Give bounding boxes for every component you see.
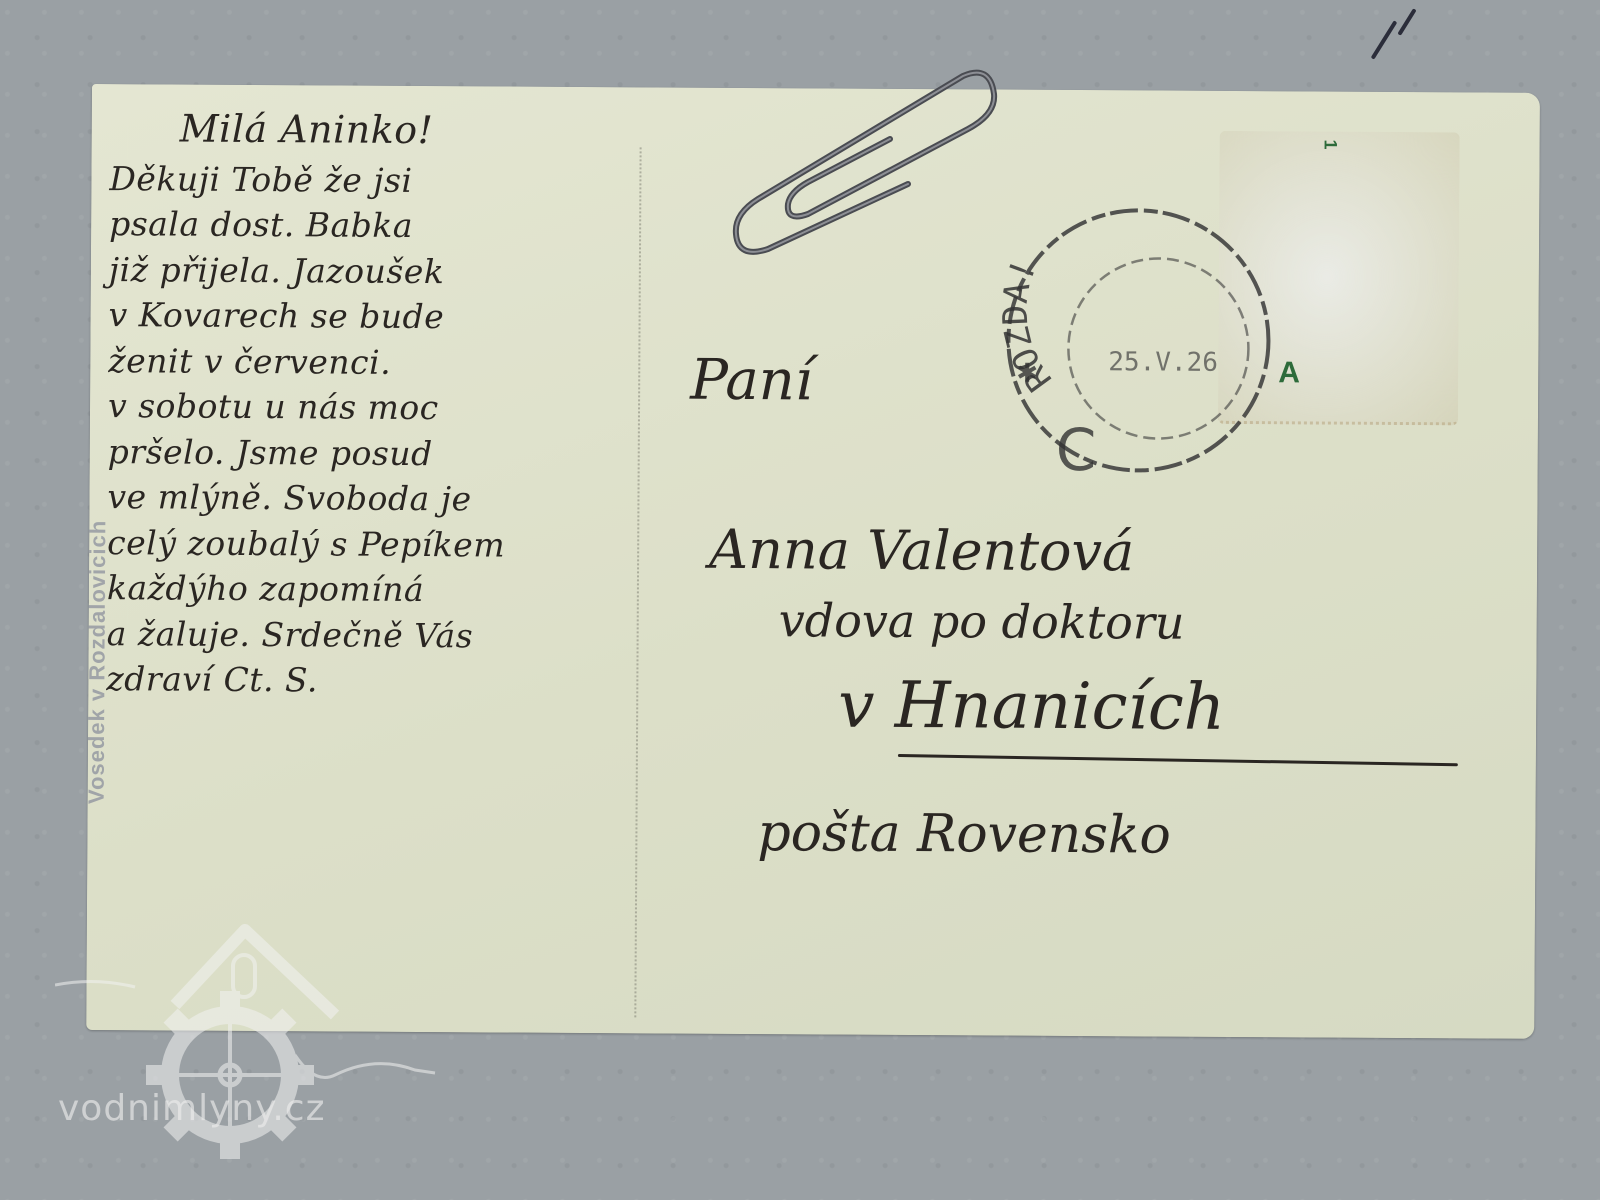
message-line: ve mlýně. Svoboda je (107, 474, 667, 523)
recipient-name: Anna Valentová (709, 518, 1134, 584)
message-line: zdraví Ct. S. (106, 656, 666, 705)
message-line: Děkuji Tobě že jsi (109, 156, 669, 205)
message-line: každýho zapomíná (107, 565, 667, 614)
message-line: celý zoubalý s Pepíkem (107, 520, 667, 569)
message-line: v Kovarech se bude (108, 292, 668, 341)
handwritten-message: Milá Aninko! Děkuji Tobě že jsi psala do… (106, 106, 670, 705)
postmark-date: 25.V.26 (1108, 347, 1218, 378)
photo-scene: Vosedek v Rozdalovicich Milá Aninko! Děk… (0, 0, 1600, 1200)
postmark-icon: ROZDA! 25.V.26 C ✱ (997, 170, 1279, 532)
recipient-post-office: pošta Rovensko (757, 803, 1171, 866)
message-line: již přijela. Jazoušek (109, 247, 669, 296)
town-underline (898, 754, 1458, 766)
pen-mark (1397, 8, 1416, 36)
paperclip-icon (728, 64, 998, 264)
stamp-mark-bottom: A (1278, 356, 1300, 390)
postmark-letter: C (1056, 416, 1097, 484)
address-salutation: Paní (690, 348, 813, 414)
water-mill-gear-house-icon (55, 895, 475, 1175)
svg-text:✱: ✱ (1016, 359, 1038, 389)
message-line: ženit v červenci. (108, 338, 668, 387)
message-line: pršelo. Jsme posud (108, 429, 668, 478)
recipient-title: vdova po doktoru (779, 593, 1185, 649)
watermark-text: vodnimlyny.cz (58, 1088, 326, 1129)
pen-mark (1371, 20, 1398, 59)
message-line: a žaluje. Srdečně Vás (107, 611, 667, 660)
message-line: v sobotu u nás moc (108, 383, 668, 432)
recipient-town: v Hnanicích (838, 669, 1225, 745)
message-greeting: Milá Aninko! (180, 107, 670, 155)
stamp-mark-top: 1 (1320, 140, 1341, 150)
message-line: psala dost. Babka (109, 201, 669, 250)
